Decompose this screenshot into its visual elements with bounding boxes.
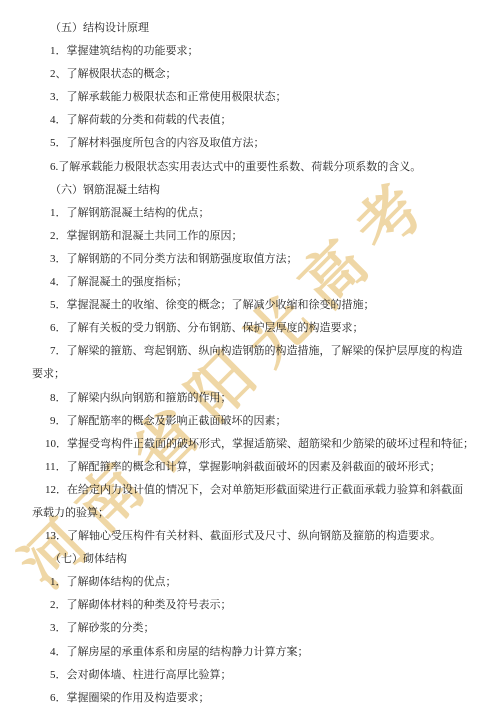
section-6-item-13: 13．了解轴心受压构件有关材料、截面形式及尺寸、纵向钢筋及箍筋的构造要求。 xyxy=(32,525,486,548)
section-5-item-5: 5．了解材料强度所包含的内容及取值方法； xyxy=(32,132,486,155)
section-7-heading: （七）砌体结构 xyxy=(32,548,486,571)
section-5-item-2: 2、了解极限状态的概念； xyxy=(32,63,486,86)
section-7-item-5: 5．会对砌体墙、柱进行高厚比验算； xyxy=(32,664,486,687)
section-6-item-12: 12．在给定内力设计值的情况下，会对单筋矩形截面梁进行正截面承载力验算和斜截面 xyxy=(32,479,486,502)
section-6-item-7-continuation: 要求； xyxy=(32,363,486,386)
section-6-item-6: 6．了解有关板的受力钢筋、分布钢筋、保护层厚度的构造要求； xyxy=(32,317,486,340)
section-7-item-1: 1．了解砌体结构的优点； xyxy=(32,571,486,594)
section-5-item-3: 3．了解承载能力极限状态和正常使用极限状态； xyxy=(32,86,486,109)
section-7-item-2: 2．了解砌体材料的种类及符号表示； xyxy=(32,594,486,617)
section-6-item-9: 9．了解配筋率的概念及影响正截面破坏的因素； xyxy=(32,410,486,433)
section-6-item-1: 1．了解钢筋混凝土结构的优点； xyxy=(32,202,486,225)
section-6-item-8: 8．了解梁内纵向钢筋和箍筋的作用； xyxy=(32,387,486,410)
section-6-item-12-continuation: 承载力的验算； xyxy=(32,502,486,525)
section-6-item-2: 2．掌握钢筋和混凝土共同工作的原因； xyxy=(32,225,486,248)
section-6-item-7: 7．了解梁的箍筋、弯起钢筋、纵向构造钢筋的构造措施，了解梁的保护层厚度的构造 xyxy=(32,340,486,363)
section-6-heading: （六）钢筋混凝土结构 xyxy=(32,179,486,202)
section-6-item-11: 11．了解配箍率的概念和计算，掌握影响斜截面破坏的因素及斜截面的破坏形式； xyxy=(32,456,486,479)
section-6-item-4: 4．了解混凝土的强度指标； xyxy=(32,271,486,294)
document-page: 河南省阳光高考 （五）结构设计原理 1．掌握建筑结构的功能要求； 2、了解极限状… xyxy=(0,0,486,712)
section-5-heading: （五）结构设计原理 xyxy=(32,17,486,40)
section-6-item-10: 10．掌握受弯构件正截面的破坏形式，掌握适筋梁、超筋梁和少筋梁的破坏过程和特征； xyxy=(32,433,486,456)
section-5-item-1: 1．掌握建筑结构的功能要求； xyxy=(32,40,486,63)
section-7-item-3: 3．了解砂浆的分类； xyxy=(32,617,486,640)
section-5-item-4: 4．了解荷载的分类和荷载的代表值； xyxy=(32,109,486,132)
section-7-item-4: 4．了解房屋的承重体系和房屋的结构静力计算方案； xyxy=(32,641,486,664)
document-content: （五）结构设计原理 1．掌握建筑结构的功能要求； 2、了解极限状态的概念； 3．… xyxy=(32,17,486,710)
section-7-item-6: 6．掌握圈梁的作用及构造要求； xyxy=(32,687,486,710)
section-5-item-6: 6.了解承载能力极限状态实用表达式中的重要性系数、荷载分项系数的含义。 xyxy=(32,156,486,179)
section-6-item-5: 5．掌握混凝土的收缩、徐变的概念；了解减少收缩和徐变的措施； xyxy=(32,294,486,317)
section-6-item-3: 3．了解钢筋的不同分类方法和钢筋强度取值方法； xyxy=(32,248,486,271)
